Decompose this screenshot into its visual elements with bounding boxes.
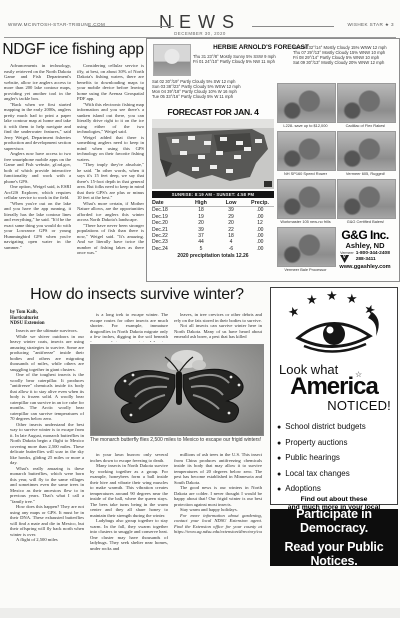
ice-article-body: Advancements in technology, easily retri… xyxy=(4,63,144,259)
equipment-listing: NH SP160 Speed Rower xyxy=(277,131,334,179)
notice-bullet-list: School district budgetsProperty auctions… xyxy=(277,420,393,498)
photo-caption: The monarch butterfly flies 2,500 miles … xyxy=(90,437,262,443)
gg-ad-column-right: Cadillac of Flex Rakes! Vermeer 605, Rug… xyxy=(337,83,394,227)
svg-text:★: ★ xyxy=(286,303,302,321)
precip-table: Date High Low Precip. Dec.18 18 39 .00 D… xyxy=(152,200,274,259)
sunrise-sunset-bar: SUNRISE: 8:19 AM - SUNSET: 4:58 PM xyxy=(152,191,274,198)
precip-total: 2020 precipitation totals 12.26 xyxy=(152,253,274,259)
gg-company-city: Ashley, ND xyxy=(335,241,395,250)
forecast-week1-top: Thu 31 23°/8° Mostly Sunny 5% SSW 9 mphF… xyxy=(193,54,291,64)
vermeer-brand-label: Vermeer xyxy=(340,251,354,255)
list-item: School district budgets xyxy=(277,420,393,436)
gg-company-name: G&G Inc. xyxy=(335,229,395,241)
forecast-box: HERBIE ARNOLD'S FORECAST Thu 31 23°/8° M… xyxy=(146,38,400,282)
forecast-week2: Wed 06 32°/14° Mostly Cloudy 15% WNW 12 … xyxy=(293,45,395,65)
us-weather-map xyxy=(152,119,274,189)
equipment-listing: Workmaster 105 new-no frills xyxy=(277,179,334,227)
democracy-banner: Participate in Democracy. Read your Publ… xyxy=(270,509,398,566)
eye-illustration: ★ ★ ★ ★ ★ xyxy=(284,290,384,362)
gg-ad-column-left: L228- save up to $12,000 NH SP160 Speed … xyxy=(277,83,334,275)
page-number: WISHEK STAR ★ 3 xyxy=(347,22,394,28)
insect-col2-bottom: in your lawn burrow only several inches … xyxy=(90,452,168,608)
equipment-listing: Cadillac of Flex Rakes! xyxy=(337,83,394,131)
precip-table-rows: Dec.18 18 39 .00 Dec.19 19 29 .00 Dec.20… xyxy=(152,207,274,252)
byline: by Tom Kalb,HorticulturistNDSU Extension xyxy=(10,310,84,327)
list-item: Public hearings xyxy=(277,451,393,467)
page-bottom-edge xyxy=(0,608,400,618)
equipment-photo xyxy=(277,83,336,123)
extension-note: For more information about gardening, co… xyxy=(174,513,262,535)
equipment-photo xyxy=(337,179,396,219)
banner-line2: Read your Public Notices. xyxy=(270,540,398,568)
svg-text:★: ★ xyxy=(326,290,338,303)
svg-text:★: ★ xyxy=(346,291,358,306)
notice-line3: NOTICED! xyxy=(271,398,391,413)
equipment-listing: G&G Certified Balers! xyxy=(337,179,394,227)
precip-table-header: Date High Low Precip. xyxy=(152,200,274,207)
insect-col1: Insects are the ultimate survivors.While… xyxy=(10,328,84,606)
svg-text:★: ★ xyxy=(306,292,318,307)
masthead-rule-left xyxy=(88,26,174,27)
insect-col3-bottom: millions of ash trees in the U.S. This i… xyxy=(174,452,262,608)
equipment-photo xyxy=(337,131,396,171)
monarch-butterfly-photo xyxy=(90,344,264,436)
section-title: NEWS xyxy=(0,12,400,33)
equipment-photo xyxy=(277,179,336,219)
gg-company-block: G&G Inc. Ashley, ND Vermeer 1-800-344-24… xyxy=(335,229,395,270)
forecast-week1-rest: Sat 02 30°/19° Partly Cloudy 5% SW 12 mp… xyxy=(152,79,292,99)
issue-date: DECEMBER 30, 2020 xyxy=(0,31,400,36)
list-item: Local tax changes xyxy=(277,467,393,483)
insect-col2-top: is a long trek to escape winter. The esc… xyxy=(90,312,168,342)
gg-phone-2: 288-3411 xyxy=(356,257,390,263)
table-row: Dec.24 5 -6 .00 xyxy=(152,246,274,252)
equipment-listing: L228- save up to $12,000 xyxy=(277,83,334,131)
star-icon: ☆ xyxy=(355,370,362,379)
vermeer-logo-icon xyxy=(340,255,349,263)
list-item: Property auctions xyxy=(277,436,393,452)
equipment-photo xyxy=(277,227,336,267)
equipment-photo xyxy=(277,131,336,171)
gg-website: www.ggashley.com xyxy=(335,264,395,270)
equipment-listing: Vermeer 605, Rugged! xyxy=(337,131,394,179)
forecaster-portrait-photo xyxy=(153,44,191,76)
insect-article-headline: How do insects survive winter? xyxy=(8,286,266,304)
ice-article-col1: Advancements in technology, easily retri… xyxy=(4,63,71,259)
equipment-listing: Vermeer Bale Processor xyxy=(277,227,334,275)
masthead-rule-right xyxy=(252,26,334,27)
ice-article-headline: NDGF ice fishing app xyxy=(2,41,144,59)
notice-line2: America xyxy=(275,373,393,401)
public-notice-ad: ★ ★ ★ ★ ★ Look what America ☆ NOTICED! S… xyxy=(270,287,398,505)
forecast-map-title: FORECAST FOR JAN. 4 xyxy=(153,107,273,117)
insect-col3-top: leaves, in tree crevices or other debris… xyxy=(174,312,262,342)
equipment-photo xyxy=(337,83,396,123)
banner-line1: Participate in Democracy. xyxy=(270,507,398,535)
ice-article-col2: Considering cellular service is iffy, at… xyxy=(77,63,144,259)
